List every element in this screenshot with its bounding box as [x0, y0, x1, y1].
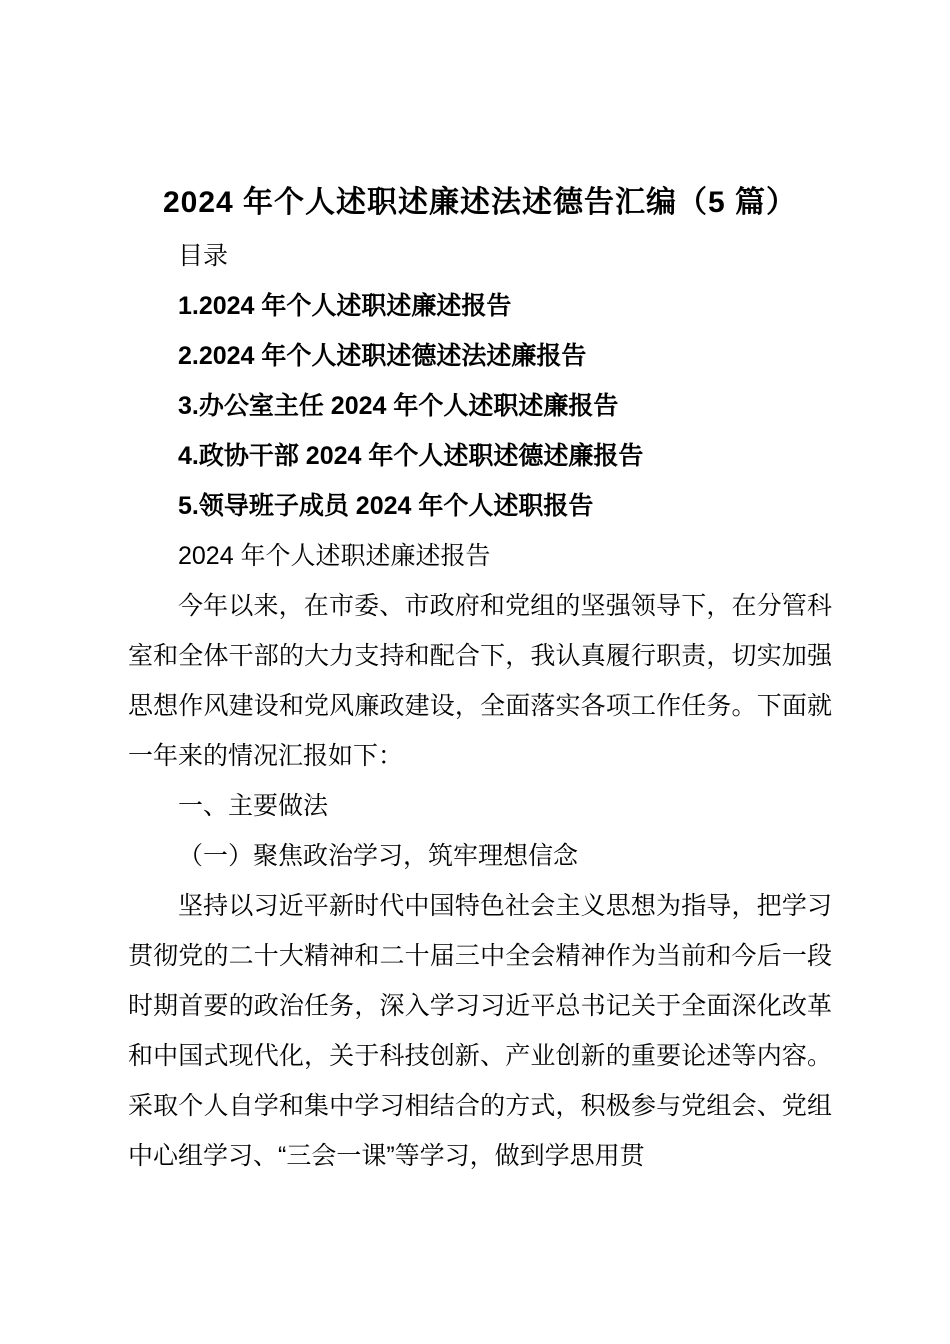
toc-item-3: 3.办公室主任 2024 年个人述职述廉报告 [128, 381, 832, 431]
toc-item-1: 1.2024 年个人述职述廉述报告 [128, 281, 832, 331]
toc-label: 目录 [128, 231, 832, 281]
document-page[interactable]: 2024 年个人述职述廉述法述德告汇编（5 篇） 目录 1.2024 年个人述职… [0, 0, 950, 1344]
toc-item-2: 2.2024 年个人述职述德述法述廉报告 [128, 331, 832, 381]
heading-sub-political-study: （一）聚焦政治学习，筑牢理想信念 [128, 831, 832, 881]
heading-main-methods: 一、主要做法 [128, 781, 832, 831]
toc-item-5: 5.领导班子成员 2024 年个人述职报告 [128, 481, 832, 531]
document-title: 2024 年个人述职述廉述法述德告汇编（5 篇） [128, 175, 832, 231]
intro-paragraph: 今年以来，在市委、市政府和党组的坚强领导下，在分管科室和全体干部的大力支持和配合… [128, 581, 832, 781]
toc-item-4: 4.政协干部 2024 年个人述职述德述廉报告 [128, 431, 832, 481]
section-title: 2024 年个人述职述廉述报告 [128, 531, 832, 581]
table-of-contents: 1.2024 年个人述职述廉述报告 2.2024 年个人述职述德述法述廉报告 3… [128, 281, 832, 531]
body-paragraph: 坚持以习近平新时代中国特色社会主义思想为指导，把学习贯彻党的二十大精神和二十届三… [128, 881, 832, 1181]
